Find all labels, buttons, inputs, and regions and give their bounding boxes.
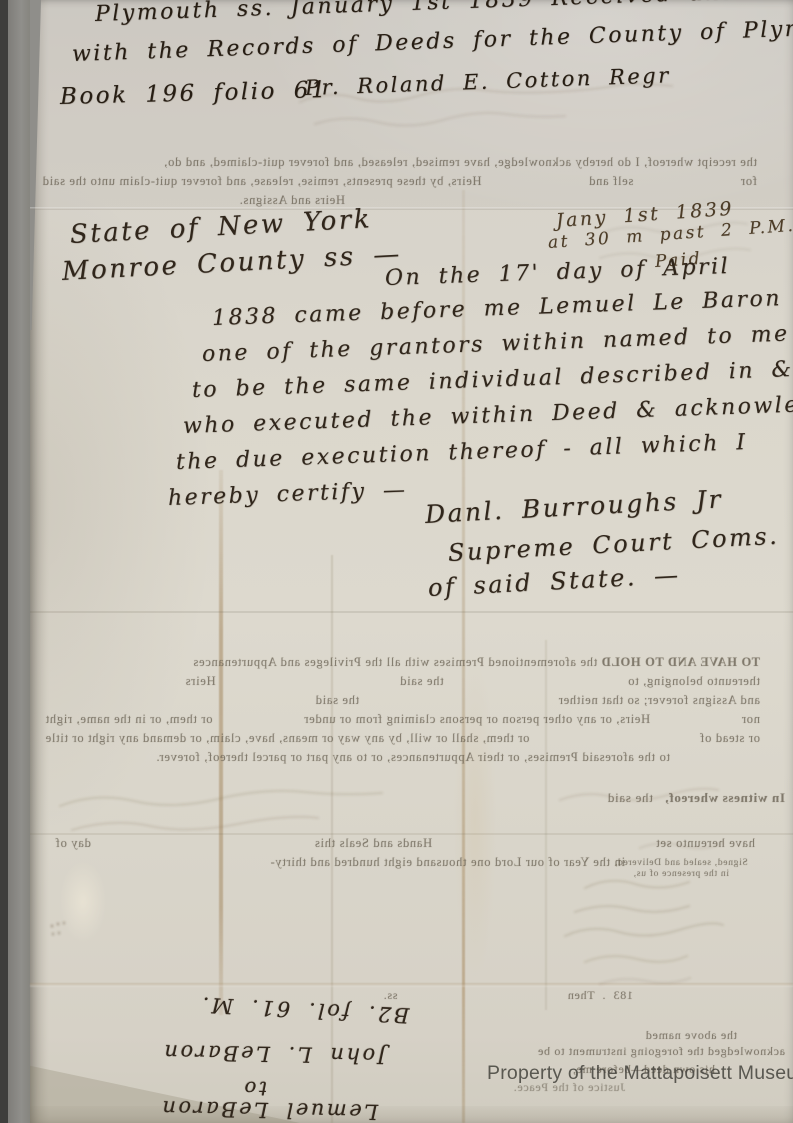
habendum-part: and Assigns forever; so that neither xyxy=(558,693,760,708)
habendum-part: or stead of xyxy=(700,731,760,746)
bleedthrough-receipt-line-1: the receipt whereof, I do hereby acknowl… xyxy=(42,155,757,170)
habendum-lead: TO HAVE AND TO HOLD xyxy=(601,655,760,669)
habendum-part: the said xyxy=(315,693,359,708)
endorsement-grantor: Lemuel LeBaron xyxy=(160,1096,379,1123)
habendum-part: Heirs xyxy=(185,674,216,689)
habendum-part: the said xyxy=(400,674,444,689)
scanned-deed-document: Plymouth ss. January 1st 1839 Received a… xyxy=(0,0,793,1123)
bleedthrough-above-named: the above named xyxy=(627,1028,737,1043)
habendum-part: or them, or in the name, right xyxy=(45,712,213,727)
habendum-part: thereunto belonging, to xyxy=(628,674,760,689)
attestation-line-1: Signed, sealed and Delivered, xyxy=(612,858,750,869)
receipt-part: for xyxy=(740,174,757,189)
endorsement-grantee: John L. LeBaron xyxy=(162,1040,387,1068)
witness-lead: In witness whereof, xyxy=(665,790,785,805)
receipt-part: self and xyxy=(589,174,634,189)
bleedthrough-acknowledged: acknowledged the foregoing instrument to… xyxy=(520,1044,785,1059)
bleedthrough-county-line: 183 . Then ss. xyxy=(383,988,633,1003)
witness-lead-rest: the said xyxy=(607,790,665,805)
receipt-part: Heirs, by these presents, remise, releas… xyxy=(42,174,482,189)
museum-watermark: Property of the Mattapoisett Museum xyxy=(487,1062,793,1085)
habendum-part: Heirs, or any other person or persons cl… xyxy=(304,712,650,727)
habendum-part: or them, shall or will, by any way or me… xyxy=(45,731,529,746)
bleedthrough-habendum-line-5: or stead of or them, shall or will, by a… xyxy=(45,731,760,746)
bleedthrough-habendum-line-4: nor Heirs, or any other person or person… xyxy=(45,712,760,727)
bleedthrough-witness-line-1: In witness whereof, the said xyxy=(550,790,785,806)
bleedthrough-habendum-line-2: thereunto belonging, to the said Heirs xyxy=(185,674,760,689)
county-part: 183 . Then xyxy=(567,988,633,1003)
witness-part: day of xyxy=(55,836,91,851)
bleedthrough-witness-line-2: have hereunto set Hands and Seals this d… xyxy=(55,836,755,851)
bleedthrough-witness-line-3: in the Year of our Lord one thousand eig… xyxy=(225,855,625,870)
bleedthrough-attestation: Signed, sealed and Delivered, in the pre… xyxy=(612,858,750,880)
bleedthrough-habendum-line-6: to the aforesaid Premises, or their Appu… xyxy=(240,750,670,765)
habendum-lead-rest: the aforementioned Premises with all the… xyxy=(193,655,601,669)
bleedthrough-receipt-line-2: for self and Heirs, by these presents, r… xyxy=(42,174,757,189)
witness-part: Hands and Seals this xyxy=(314,836,432,851)
bleedthrough-habendum-line-1: TO HAVE AND TO HOLD the aforementioned P… xyxy=(185,655,760,670)
witness-part: have hereunto set xyxy=(656,836,755,851)
habendum-part: nor xyxy=(741,712,760,727)
county-part: ss. xyxy=(383,988,397,1003)
bleedthrough-habendum-line-3: and Assigns forever; so that neither the… xyxy=(315,693,760,708)
attestation-line-2: in the presence of us, xyxy=(612,869,750,880)
